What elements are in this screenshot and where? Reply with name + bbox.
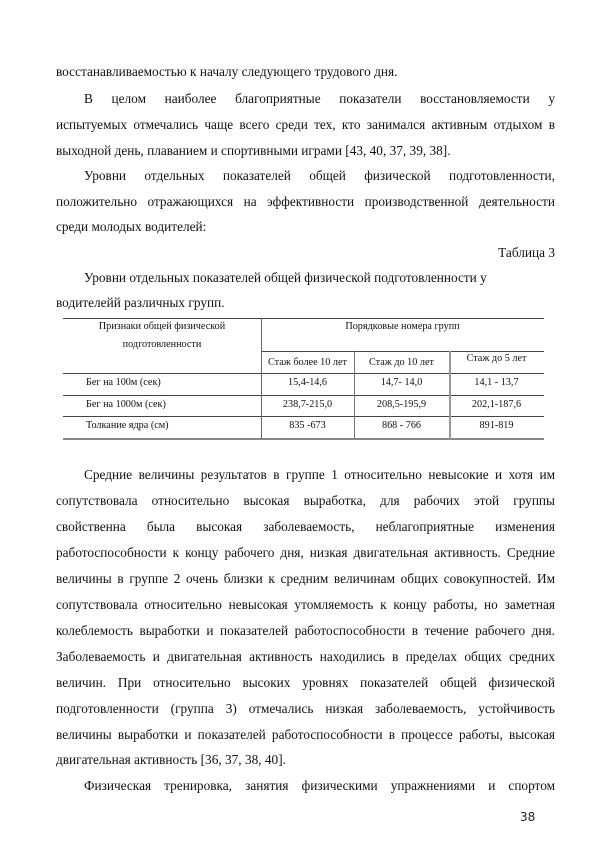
text-line: подготовленности (группа 3) отмечались н… xyxy=(56,701,555,717)
table-title: водителейй различных групп. xyxy=(56,295,555,311)
table-cell: 202,1-187,6 xyxy=(449,399,544,411)
column-header: подготовленности xyxy=(63,339,261,351)
table-title: Уровни отдельных показателей общей физич… xyxy=(56,270,555,286)
group-header: Порядковые номера групп xyxy=(261,321,544,333)
text-line: положительно отражающихся на эффективнос… xyxy=(56,194,555,210)
table-cell: 14,7- 14,0 xyxy=(354,377,449,389)
table-cell: 15,4-14,6 xyxy=(261,377,354,389)
text-line: восстанавливаемостью к началу следующего… xyxy=(56,64,555,80)
text-line: величины выработки и показателей работос… xyxy=(56,727,555,743)
text-line: Физическая тренировка, занятия физически… xyxy=(56,778,555,794)
text-line: величин. При относительно высоких уровня… xyxy=(56,675,555,691)
table-cell: 891-819 xyxy=(449,420,544,432)
table-cell: 208,5-195,9 xyxy=(354,399,449,411)
text-line: выходной день, плаванием и спортивными и… xyxy=(56,143,555,159)
text-line: Средние величины результатов в группе 1 … xyxy=(56,467,555,483)
table-cell: 238,7-215,0 xyxy=(261,399,354,411)
text-line: двигательная активность [36, 37, 38, 40]… xyxy=(56,752,555,768)
text-line: сопутствовала относительно невысокая уто… xyxy=(56,597,555,613)
table-label: Таблица 3 xyxy=(56,245,555,261)
row-label: Бег на 1000м (сек) xyxy=(63,399,261,411)
sub-header: Стаж до 10 лет xyxy=(354,357,449,369)
page-number: 38 xyxy=(520,810,535,824)
text-line: величины в группе 2 очень близки к средн… xyxy=(56,571,555,587)
data-table: Признаки общей физической подготовленнос… xyxy=(63,318,544,438)
column-header: Признаки общей физической xyxy=(63,321,261,333)
text-line: свойственна была высокая заболеваемость,… xyxy=(56,519,555,535)
text-line: Уровни отдельных показателей общей физич… xyxy=(56,168,555,184)
text-line: работоспособности к концу рабочего дня, … xyxy=(56,545,555,561)
text-line: Заболеваемость и двигательная активность… xyxy=(56,649,555,665)
text-line: колеблемость выработки и показателей раб… xyxy=(56,623,555,639)
table-cell: 835 -673 xyxy=(261,420,354,432)
sub-header: Стаж до 5 лет xyxy=(449,353,544,365)
table-cell: 14,1 - 13,7 xyxy=(449,377,544,389)
text-line: сопутствовала относительно высокая выраб… xyxy=(56,493,555,509)
sub-header: Стаж более 10 лет xyxy=(261,357,354,369)
row-label: Бег на 100м (сек) xyxy=(63,377,261,389)
text-line: среди молодых водителей: xyxy=(56,219,555,235)
text-line: испытуемых отмечались чаще всего среди т… xyxy=(56,117,555,133)
table-cell: 868 - 766 xyxy=(354,420,449,432)
text-line: В целом наиболее благоприятные показател… xyxy=(56,91,555,107)
row-label: Толкание ядра (см) xyxy=(63,420,261,432)
